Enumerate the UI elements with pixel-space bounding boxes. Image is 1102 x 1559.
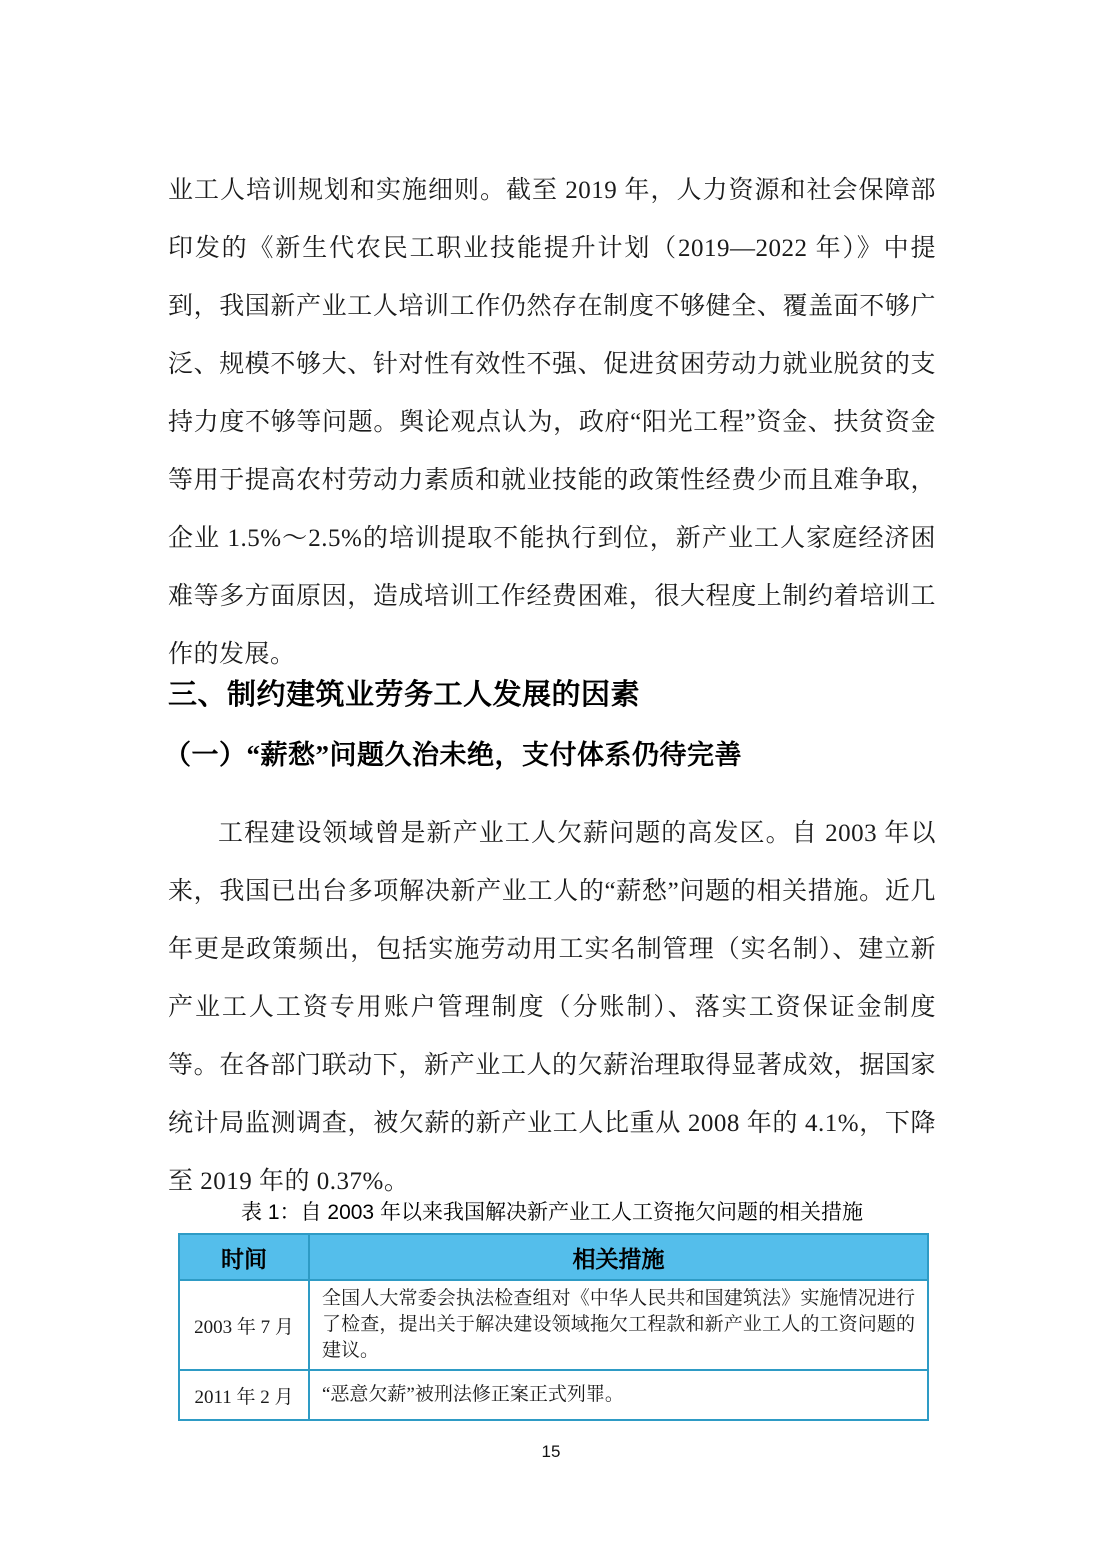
cell-measure: “恶意欠薪”被刑法修正案正式列罪。 xyxy=(309,1370,928,1420)
measures-table: 时间 相关措施 2003 年 7 月 全国人大常委会执法检查组对《中华人民共和国… xyxy=(178,1233,929,1421)
body-paragraph-1: 业工人培训规划和实施细则。截至 2019 年，人力资源和社会保障部印发的《新生代… xyxy=(168,162,936,684)
document-page: 业工人培训规划和实施细则。截至 2019 年，人力资源和社会保障部印发的《新生代… xyxy=(0,0,1102,1559)
section-heading: 三、制约建筑业劳务工人发展的因素 xyxy=(168,676,640,714)
subsection-heading: （一）“薪愁”问题久治未绝，支付体系仍待完善 xyxy=(164,736,742,774)
table-row: 2011 年 2 月 “恶意欠薪”被刑法修正案正式列罪。 xyxy=(179,1370,928,1420)
body-paragraph-2: 工程建设领域曾是新产业工人欠薪问题的高发区。自 2003 年以来，我国已出台多项… xyxy=(168,805,936,1211)
cell-time: 2003 年 7 月 xyxy=(179,1280,309,1370)
table-header-measure: 相关措施 xyxy=(309,1234,928,1280)
table-header-time: 时间 xyxy=(179,1234,309,1280)
table-row: 2003 年 7 月 全国人大常委会执法检查组对《中华人民共和国建筑法》实施情况… xyxy=(179,1280,928,1370)
page-number: 15 xyxy=(0,1442,1102,1462)
table-caption: 表 1：自 2003 年以来我国解决新产业工人工资拖欠问题的相关措施 xyxy=(168,1198,936,1228)
cell-measure: 全国人大常委会执法检查组对《中华人民共和国建筑法》实施情况进行了检查，提出关于解… xyxy=(309,1280,928,1370)
cell-time: 2011 年 2 月 xyxy=(179,1370,309,1420)
table-header-row: 时间 相关措施 xyxy=(179,1234,928,1280)
